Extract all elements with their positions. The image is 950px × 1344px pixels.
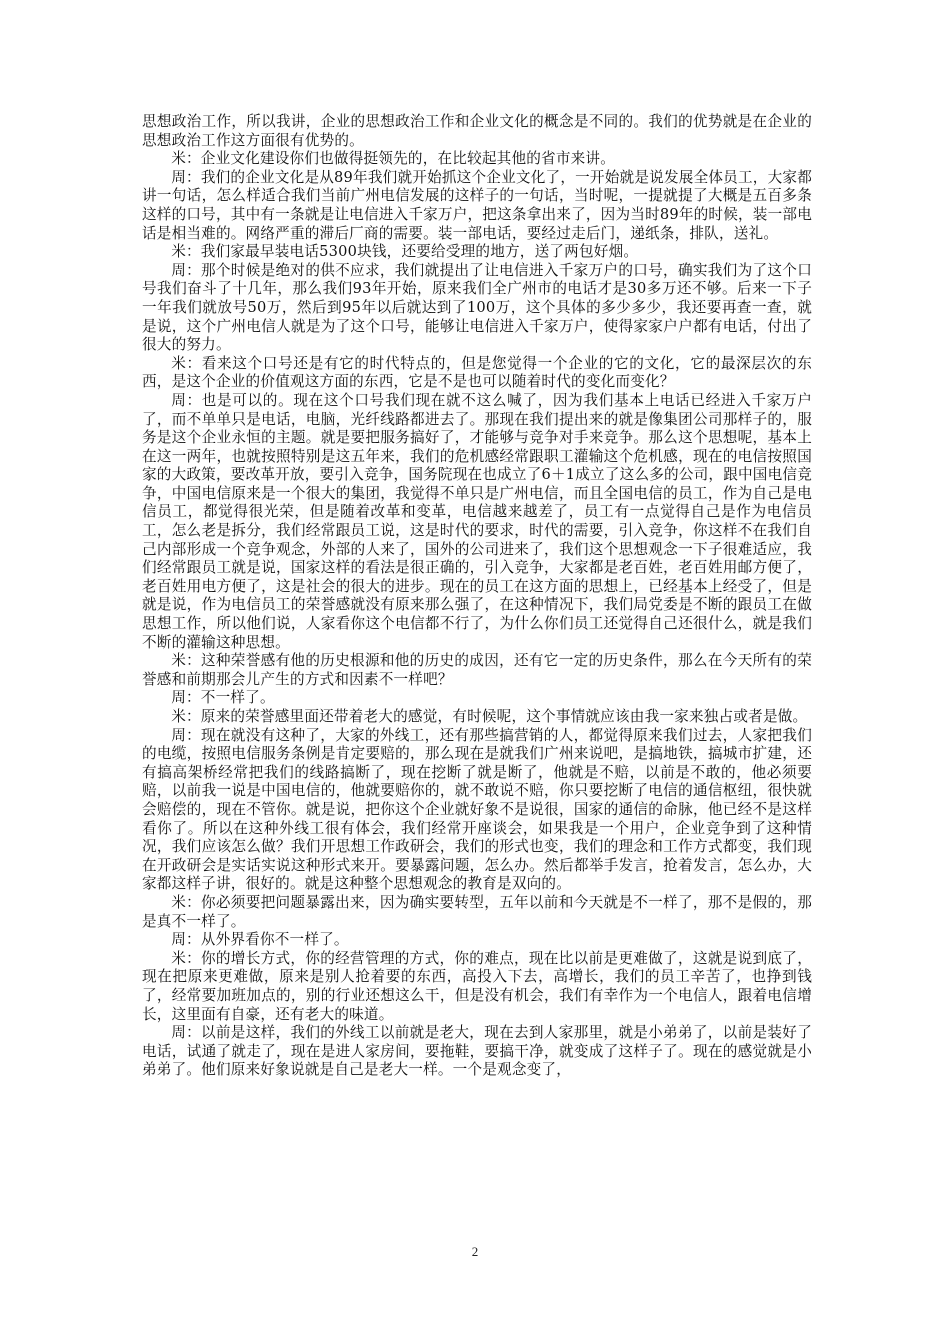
speaker-label: 米： (171, 708, 201, 725)
paragraph-text: 看来这个口号还是有它的时代特点的，但是您觉得一个企业的它的文化，它的最深层次的东… (142, 355, 812, 391)
paragraph-mi: 米：这种荣誉感有他的历史根源和他的历史的成因，还有它一定的历史条件，那么在今天所… (142, 652, 812, 689)
paragraph-mi: 米：企业文化建设你们也做得挺领先的，在比较起其他的省市来讲。 (142, 150, 812, 169)
speaker-label: 周： (171, 931, 201, 948)
speaker-label: 周： (171, 1024, 201, 1041)
paragraph-text: 那个时候是绝对的供不应求，我们就提出了让电信进入千家万户的口号，确实我们为了这个… (142, 262, 812, 353)
speaker-label: 周： (171, 169, 201, 186)
paragraph-text: 你必须要把问题暴露出来，因为确实要转型，五年以前和今天就是不一样了，那不是假的，… (142, 894, 812, 930)
speaker-label: 周： (171, 262, 201, 279)
speaker-label: 米： (171, 950, 201, 967)
speaker-label: 米： (171, 355, 202, 372)
speaker-label: 周： (171, 689, 201, 706)
speaker-label: 米： (171, 652, 201, 669)
paragraph-mi: 米：原来的荣誉感里面还带着老大的感觉，有时候呢，这个事情就应该由我一家来独占或者… (142, 708, 812, 727)
paragraph-text: 我们家最早装电话5300块钱，还要给受理的地方，送了两包好烟。 (201, 243, 638, 260)
paragraph-text: 我们的企业文化是从89年我们就开始抓这个企业文化了，一开始就是说发展全体员工，大… (142, 169, 812, 242)
document-body: 思想政治工作，所以我讲，企业的思想政治工作和企业文化的概念是不同的。我们的优势就… (142, 113, 812, 1080)
paragraph-text: 从外界看你不一样了。 (201, 931, 349, 948)
speaker-label: 周： (171, 727, 201, 744)
document-page: 思想政治工作，所以我讲，企业的思想政治工作和企业文化的概念是不同的。我们的优势就… (0, 0, 950, 1344)
paragraph-text: 思想政治工作，所以我讲，企业的思想政治工作和企业文化的概念是不同的。我们的优势就… (142, 113, 812, 149)
paragraph-zhou: 周：以前是这样，我们的外线工以前就是老大，现在去到人家那里，就是小弟弟了，以前是… (142, 1024, 812, 1080)
paragraph-text: 也是可以的。现在这个口号我们现在就不这么喊了，因为我们基本上电话已经进入千家万户… (142, 392, 812, 651)
paragraph-text: 不一样了。 (201, 689, 275, 706)
paragraph-zhou: 周：现在就没有这种了，大家的外线工，还有那些搞营销的人，都觉得原来我们过去，人家… (142, 727, 812, 894)
paragraph-text: 这种荣誉感有他的历史根源和他的历史的成因，还有它一定的历史条件，那么在今天所有的… (142, 652, 812, 688)
paragraph-zhou: 周：那个时候是绝对的供不应求，我们就提出了让电信进入千家万户的口号，确实我们为了… (142, 262, 812, 355)
speaker-label: 周： (171, 392, 202, 409)
paragraph-text: 现在就没有这种了，大家的外线工，还有那些搞营销的人，都觉得原来我们过去，人家把我… (142, 727, 812, 893)
paragraph-mi: 米：我们家最早装电话5300块钱，还要给受理的地方，送了两包好烟。 (142, 243, 812, 262)
page-number: 2 (0, 1244, 950, 1260)
paragraph-text: 你的增长方式，你的经营管理的方式，你的难点，现在比以前是更难做了，这就是说到底了… (142, 950, 812, 1023)
paragraph-zhou: 周：我们的企业文化是从89年我们就开始抓这个企业文化了，一开始就是说发展全体员工… (142, 169, 812, 243)
paragraph-text: 企业文化建设你们也做得挺领先的，在比较起其他的省市来讲。 (201, 150, 615, 167)
speaker-label: 米： (171, 243, 201, 260)
paragraph-continuation: 思想政治工作，所以我讲，企业的思想政治工作和企业文化的概念是不同的。我们的优势就… (142, 113, 812, 150)
paragraph-mi: 米：你必须要把问题暴露出来，因为确实要转型，五年以前和今天就是不一样了，那不是假… (142, 894, 812, 931)
paragraph-mi: 米：你的增长方式，你的经营管理的方式，你的难点，现在比以前是更难做了，这就是说到… (142, 950, 812, 1024)
paragraph-zhou: 周：不一样了。 (142, 689, 812, 708)
paragraph-mi: 米：看来这个口号还是有它的时代特点的，但是您觉得一个企业的它的文化，它的最深层次… (142, 355, 812, 392)
speaker-label: 米： (171, 150, 201, 167)
paragraph-text: 以前是这样，我们的外线工以前就是老大，现在去到人家那里，就是小弟弟了，以前是装好… (142, 1024, 812, 1078)
speaker-label: 米： (171, 894, 201, 911)
paragraph-text: 原来的荣誉感里面还带着老大的感觉，有时候呢，这个事情就应该由我一家来独占或者是做… (201, 708, 808, 725)
paragraph-zhou: 周：从外界看你不一样了。 (142, 931, 812, 950)
paragraph-zhou: 周：也是可以的。现在这个口号我们现在就不这么喊了，因为我们基本上电话已经进入千家… (142, 392, 812, 652)
